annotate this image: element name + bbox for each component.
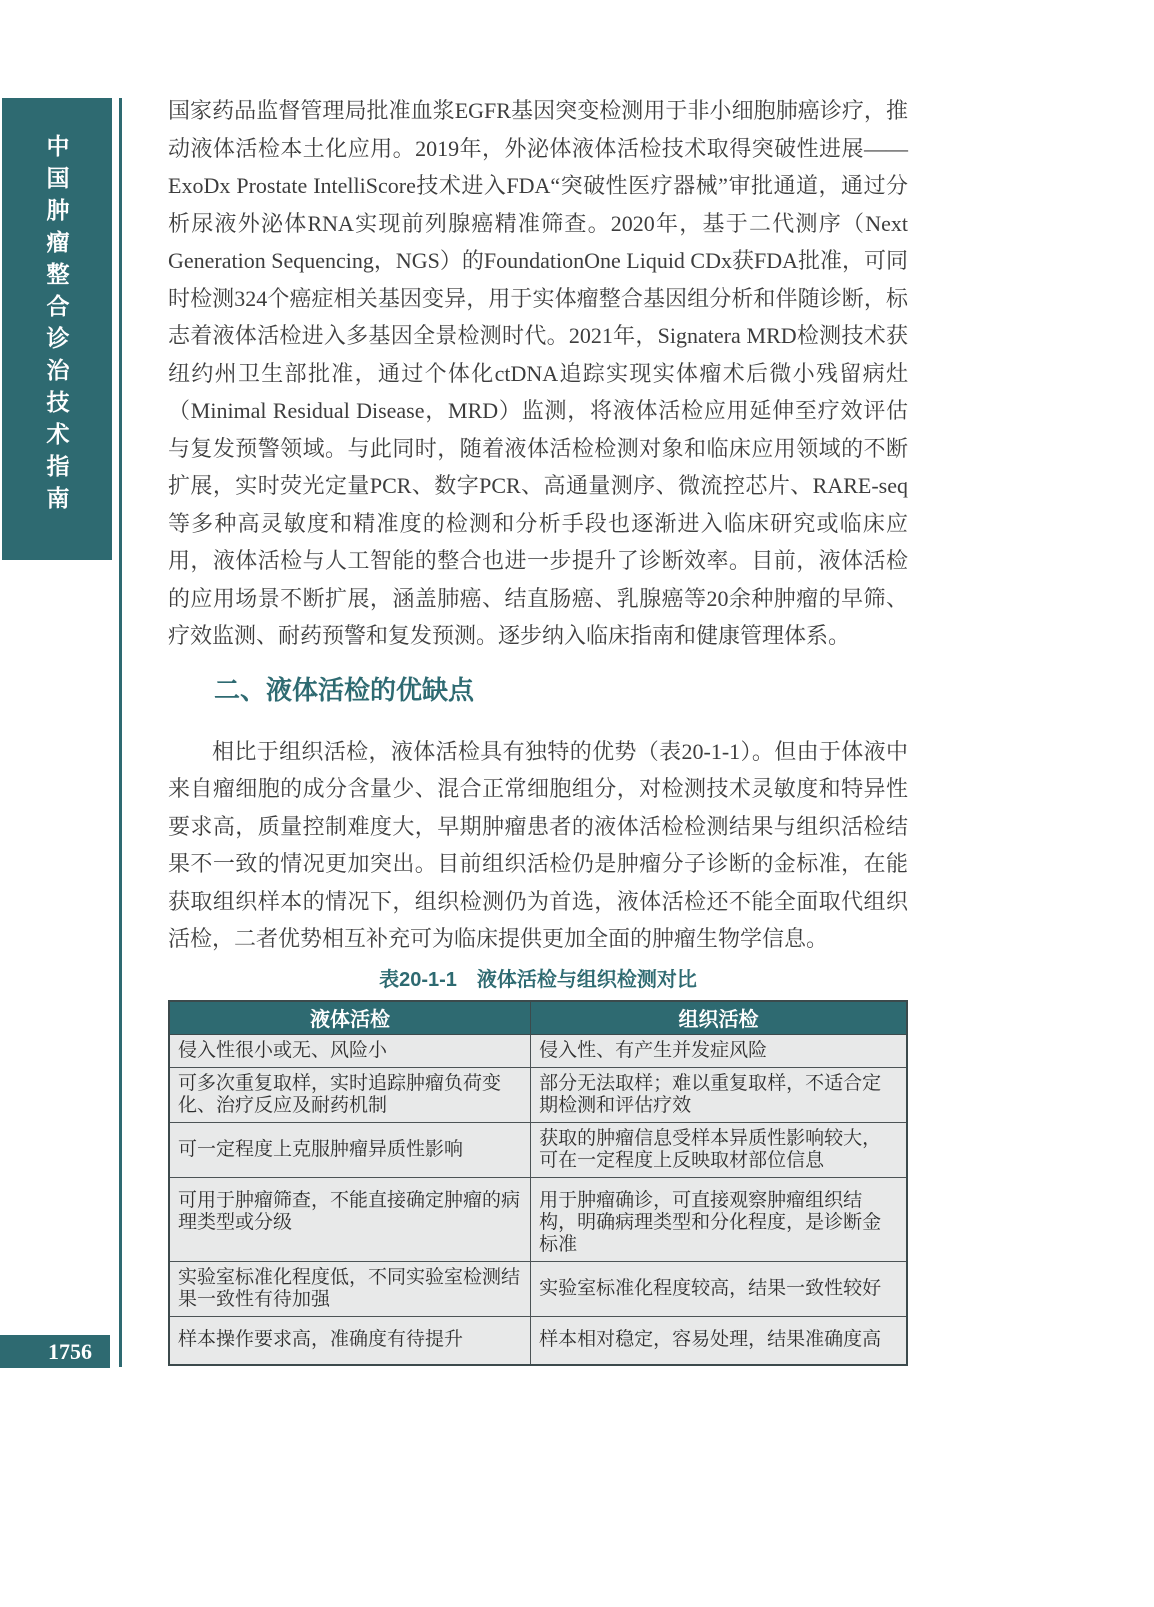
table-cell-right: 部分无法取样；难以重复取样，不适合定期检测和评估疗效 [531,1068,907,1123]
comparison-table-body: 侵入性很小或无、风险小侵入性、有产生并发症风险可多次重复取样，实时追踪肿瘤负荷变… [169,1035,907,1365]
table-cell-left: 侵入性很小或无、风险小 [169,1035,531,1068]
comparison-table-head: 液体活检 组织活检 [169,1001,907,1035]
table-cell-left: 样本操作要求高，准确度有待提升 [169,1317,531,1365]
table-cell-left: 实验室标准化程度低，不同实验室检测结果一致性有待加强 [169,1262,531,1317]
spine-sidebar: 中国肿瘤整合诊治技术指南 [2,98,112,560]
table-cell-right: 获取的肿瘤信息受样本异质性影响较大，可在一定程度上反映取材部位信息 [531,1123,907,1178]
main-content: 国家药品监督管理局批准血浆EGFR基因突变检测用于非小细胞肺癌诊疗，推动液体活检… [168,92,908,1366]
table-row: 侵入性很小或无、风险小侵入性、有产生并发症风险 [169,1035,907,1068]
page-number: 1756 [48,1339,92,1365]
vertical-rule [119,98,122,1367]
table-cell-right: 用于肿瘤确诊，可直接观察肿瘤组织结构，明确病理类型和分化程度，是诊断金标准 [531,1178,907,1262]
table-row: 样本操作要求高，准确度有待提升样本相对稳定，容易处理，结果准确度高 [169,1317,907,1365]
section-heading: 二、液体活检的优缺点 [168,671,908,711]
page-number-badge: 1756 [0,1335,110,1368]
table-cell-right: 实验室标准化程度较高，结果一致性较好 [531,1262,907,1317]
table-header-liquid-biopsy: 液体活检 [169,1001,531,1035]
table-cell-left: 可多次重复取样，实时追踪肿瘤负荷变化、治疗反应及耐药机制 [169,1068,531,1123]
table-caption: 表20-1-1 液体活检与组织检测对比 [168,968,908,992]
comparison-table: 液体活检 组织活检 侵入性很小或无、风险小侵入性、有产生并发症风险可多次重复取样… [168,1000,908,1366]
table-row: 可多次重复取样，实时追踪肿瘤负荷变化、治疗反应及耐药机制部分无法取样；难以重复取… [169,1068,907,1123]
spine-title: 中国肿瘤整合诊治技术指南 [41,98,74,560]
table-cell-left: 可一定程度上克服肿瘤异质性影响 [169,1123,531,1178]
table-cell-right: 侵入性、有产生并发症风险 [531,1035,907,1068]
table-header-tissue-biopsy: 组织活检 [531,1001,907,1035]
table-row: 可一定程度上克服肿瘤异质性影响获取的肿瘤信息受样本异质性影响较大，可在一定程度上… [169,1123,907,1178]
body-paragraph-1: 国家药品监督管理局批准血浆EGFR基因突变检测用于非小细胞肺癌诊疗，推动液体活检… [168,92,908,655]
table-header-row: 液体活检 组织活检 [169,1001,907,1035]
table-cell-right: 样本相对稳定，容易处理，结果准确度高 [531,1317,907,1365]
table-row: 可用于肿瘤筛查，不能直接确定肿瘤的病理类型或分级用于肿瘤确诊，可直接观察肿瘤组织… [169,1178,907,1262]
table-row: 实验室标准化程度低，不同实验室检测结果一致性有待加强实验室标准化程度较高，结果一… [169,1262,907,1317]
table-cell-left: 可用于肿瘤筛查，不能直接确定肿瘤的病理类型或分级 [169,1178,531,1262]
book-page: 中国肿瘤整合诊治技术指南 1756 国家药品监督管理局批准血浆EGFR基因突变检… [0,0,1154,1607]
body-paragraph-2: 相比于组织活检，液体活检具有独特的优势（表20-1-1）。但由于体液中来自瘤细胞… [168,733,908,958]
